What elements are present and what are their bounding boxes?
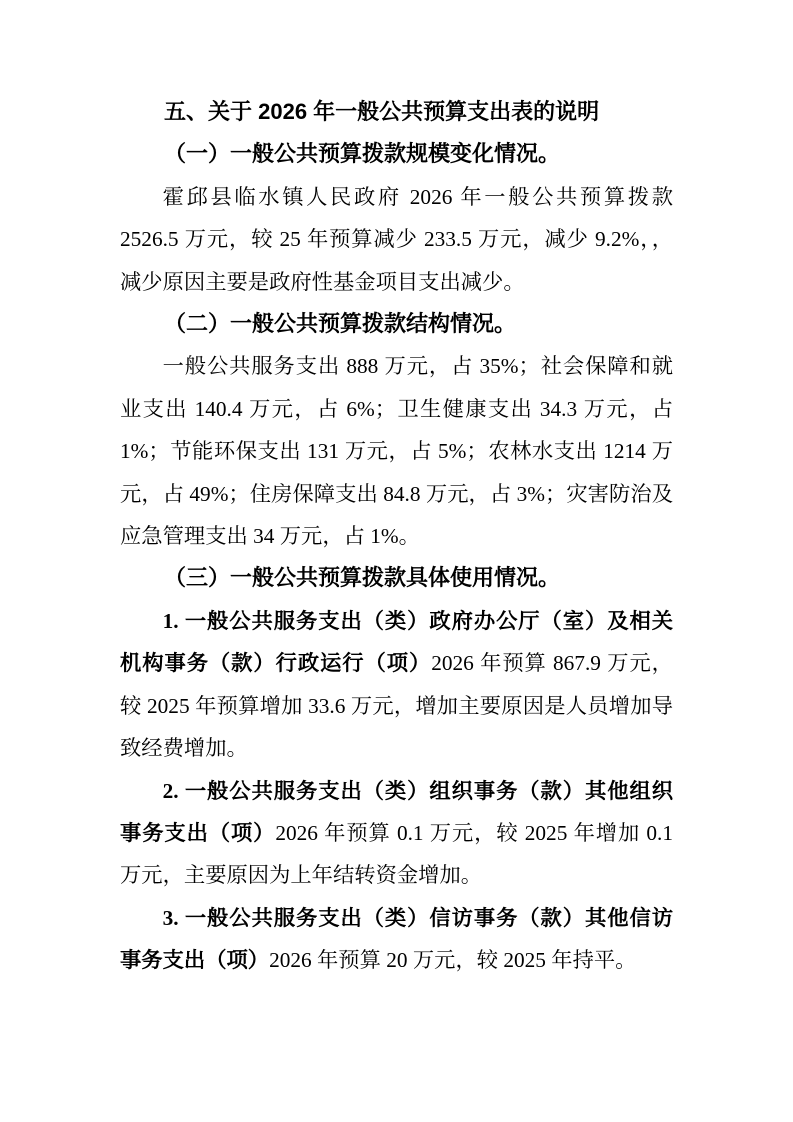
section-title: 五、关于 2026 年一般公共预算支出表的说明: [120, 91, 673, 133]
budget-item-3-detail: 2026 年预算 20 万元，较 2025 年持平。: [269, 948, 636, 972]
budget-item-3: 3. 一般公共服务支出（类）信访事务（款）其他信访事务支出（项）2026 年预算…: [120, 897, 673, 982]
document-page: 五、关于 2026 年一般公共预算支出表的说明 （一）一般公共预算拨款规模变化情…: [0, 0, 793, 1122]
subsection-1-heading: （一）一般公共预算拨款规模变化情况。: [120, 133, 673, 175]
subsection-2-paragraph: 一般公共服务支出 888 万元，占 35%；社会保障和就业支出 140.4 万元…: [120, 345, 673, 557]
subsection-2-heading: （二）一般公共预算拨款结构情况。: [120, 303, 673, 345]
subsection-1-paragraph: 霍邱县临水镇人民政府 2026 年一般公共预算拨款 2526.5 万元，较 25…: [120, 176, 673, 303]
budget-item-1: 1. 一般公共服务支出（类）政府办公厅（室）及相关机构事务（款）行政运行（项）2…: [120, 600, 673, 770]
budget-item-2: 2. 一般公共服务支出（类）组织事务（款）其他组织事务支出（项）2026 年预算…: [120, 770, 673, 897]
subsection-3-heading: （三）一般公共预算拨款具体使用情况。: [120, 557, 673, 599]
